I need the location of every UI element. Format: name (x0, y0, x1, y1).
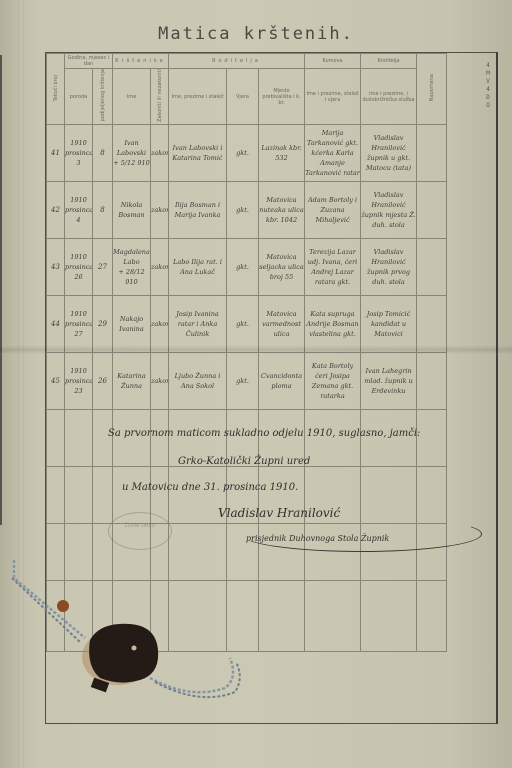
page-title: Matica krštenih. (0, 24, 512, 44)
entry-parents: Ivan Labovski i Katarina Tomić (169, 125, 227, 182)
entry-legitimacy: zakonita (151, 353, 169, 410)
entry-baptism-day: 8 (93, 182, 113, 239)
header-group-kumovi: Kumova (305, 54, 361, 69)
entry-remarks (417, 239, 447, 296)
header-mjesto: Mjesto prebivališta i k. br. (259, 69, 305, 125)
register-entry-45: 45 1910prosinca23 26 Katarina Žunna zako… (47, 353, 497, 410)
entry-birth-date: 1910prosinca4 (65, 182, 93, 239)
entry-child-name: Magdalena Labo+ 28/12 910 (113, 239, 151, 296)
entry-godparents: Marija Tarkanović gkt. kćerka Karla Aman… (305, 125, 361, 182)
header-zakoniti: Zakoniti ili nezakoniti (151, 69, 169, 125)
entry-parents: Ljubo Žunna i Ana Sokol (169, 353, 227, 410)
entry-remarks (417, 353, 447, 410)
entry-baptism-day: 26 (93, 353, 113, 410)
previous-page-edge (0, 55, 2, 525)
entry-legitimacy: zakonit (151, 125, 169, 182)
entry-legitimacy: zakonita (151, 239, 169, 296)
entry-residence: Matovica nuteaka ulica kbr. 1042 (259, 182, 305, 239)
register-entry-43: 43 1910prosinca26 27 Magdalena Labo+ 28/… (47, 239, 497, 296)
entry-godparents: Kata Bortoly ćeri Josipa Zemana gkt. rat… (305, 353, 361, 410)
entry-child-name: Nikola Bosman (113, 182, 151, 239)
header-krstenja: podijeljenog krštenja (93, 69, 113, 125)
horizontal-fold (0, 345, 512, 355)
attestation-line-1: Sa prvornom maticom sukladno odjelu 1910… (108, 428, 420, 439)
header-group-krstenik: Krštenika (113, 54, 169, 69)
entry-baptizer: Vladislav Hranilović župnik prvog duh. s… (361, 239, 417, 296)
printer-mark: · (494, 670, 498, 671)
header-broj: Tekući broj (47, 54, 65, 125)
parish-stamp: ŽUPNI URED (108, 512, 172, 550)
entry-baptism-day: 8 (93, 125, 113, 182)
entry-religion: gkt. (227, 125, 259, 182)
entry-parents: Labo Ilija rat. i Ana Lukač (169, 239, 227, 296)
entry-baptizer: Vladislav Hranilović župnik mjesta Ž. du… (361, 182, 417, 239)
entry-godparents: Terezija Lazar udj. Ivana, ćeri Andrej L… (305, 239, 361, 296)
entry-child-name: Katarina Žunna (113, 353, 151, 410)
entry-number: 43 (47, 239, 65, 296)
register-entry-42: 42 1910prosinca4 8 Nikola Bosman zakonit… (47, 182, 497, 239)
entry-birth-date: 1910prosinca23 (65, 353, 93, 410)
entry-residence: Cvancidonta ploma (259, 353, 305, 410)
entry-birth-date: 1910prosinca26 (65, 239, 93, 296)
entry-residence: Matovica seljacka ulica broj 55 (259, 239, 305, 296)
entry-religion: gkt. (227, 182, 259, 239)
entry-number: 42 (47, 182, 65, 239)
entry-parents: Ilija Bosman i Marija Ivanka (169, 182, 227, 239)
entry-remarks (417, 182, 447, 239)
entry-baptizer: Vladislav Hranilović župnik u gkt. Matoc… (361, 125, 417, 182)
wax-seal-with-cord-icon (0, 560, 260, 720)
header-group-krstitelj: Krstitelja (361, 54, 417, 69)
header-group-rodjen: Godina, mjesec i dan (65, 54, 113, 69)
header-group-roditelji: Roditelja (169, 54, 305, 69)
attestation-line-2: Grko-Katolički Župni ured (178, 456, 310, 467)
entry-birth-date: 1910prosinca3 (65, 125, 93, 182)
entry-child-name: Ivan Labovski+ 5/12 910 (113, 125, 151, 182)
margin-marks: 4MV4DO (482, 62, 494, 110)
entry-remarks (417, 125, 447, 182)
header-vjera: Vjera (227, 69, 259, 125)
signature-flourish (240, 516, 482, 552)
entry-legitimacy: zakonit (151, 182, 169, 239)
entry-residence: Lazinak kbr. 532 (259, 125, 305, 182)
header-roditelj-ime: Ime, prezime i stalež (169, 69, 227, 125)
entry-religion: gkt. (227, 353, 259, 410)
register-entry-41: 41 1910prosinca3 8 Ivan Labovski+ 5/12 9… (47, 125, 497, 182)
register-page: Matica krštenih. Tekući broj Godina, mje… (0, 0, 512, 768)
header-ime: Ime (113, 69, 151, 125)
entry-godparents: Adam Bortoly i Zuzana Mihaljević (305, 182, 361, 239)
entry-baptizer: Ivan Lahegrin mlad. župnik u Erdevinku (361, 353, 417, 410)
entry-religion: gkt. (227, 239, 259, 296)
header-napomena: Napomena (417, 54, 447, 125)
header-krstitelj: Ime i prezime, i dušobrižnička služba (361, 69, 417, 125)
header-kumovi: Ime i prezime, stalež i vjera (305, 69, 361, 125)
entry-baptism-day: 27 (93, 239, 113, 296)
entry-number: 41 (47, 125, 65, 182)
header-poroda: poroda (65, 69, 93, 125)
attestation-line-3: u Matovicu dne 31. prosinca 1910. (122, 482, 298, 493)
entry-number: 45 (47, 353, 65, 410)
